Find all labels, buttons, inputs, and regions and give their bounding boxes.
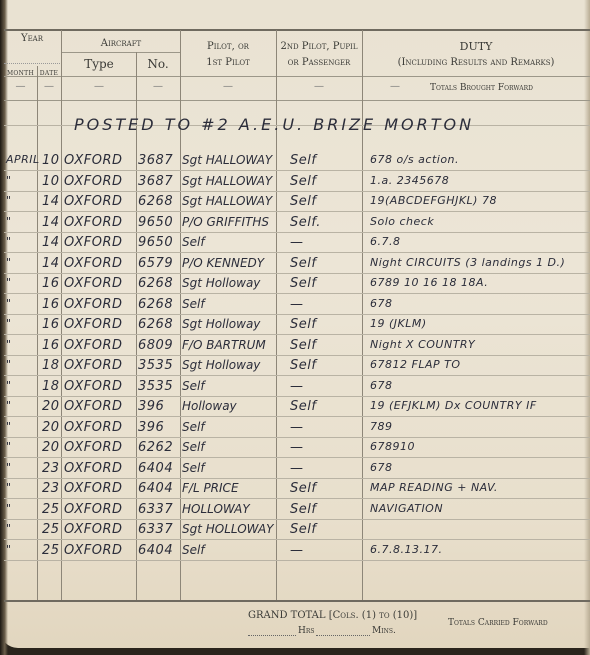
dash-duty: — bbox=[380, 80, 410, 94]
row-rule bbox=[4, 293, 590, 294]
entry-date: 20 bbox=[42, 440, 60, 455]
entry-pilot: Self bbox=[182, 440, 205, 454]
entry-aircraft-type: OXFORD bbox=[64, 317, 123, 332]
grand-total-label: GRAND TOTAL [Cols. (1) to (10)] bbox=[248, 610, 417, 621]
entry-aircraft-no: 396 bbox=[138, 420, 164, 435]
entry-duty: 6.7.8 bbox=[370, 235, 401, 248]
entry-duty: 19 (EFJKLM) Dx COUNTRY IF bbox=[370, 399, 537, 412]
entry-date: 18 bbox=[42, 379, 60, 394]
dash-date: — bbox=[37, 80, 61, 94]
header-date: DATE bbox=[37, 67, 61, 81]
entry-second-pilot: — bbox=[290, 235, 304, 250]
dash-type: — bbox=[62, 80, 136, 94]
entry-second-pilot: Self bbox=[290, 276, 316, 291]
entry-pilot: Self bbox=[182, 297, 205, 311]
entry-date: 20 bbox=[42, 420, 60, 435]
dash-second: — bbox=[276, 80, 362, 94]
row-rule bbox=[4, 519, 590, 520]
entry-aircraft-type: OXFORD bbox=[64, 338, 123, 353]
year-dotted-rule bbox=[4, 63, 62, 65]
entry-pilot: P/O GRIFFITHS bbox=[182, 215, 269, 229]
hrs-blank bbox=[248, 634, 296, 636]
entry-pilot: HOLLOWAY bbox=[182, 502, 250, 516]
col-type-no bbox=[136, 52, 137, 600]
entry-date: 14 bbox=[42, 256, 60, 271]
entry-month: " bbox=[6, 215, 12, 228]
entry-aircraft-no: 6579 bbox=[138, 256, 173, 271]
entry-second-pilot: — bbox=[290, 379, 304, 394]
entry-second-pilot: Self bbox=[290, 256, 316, 271]
dash-pilot: — bbox=[180, 80, 276, 94]
entry-pilot: Sgt Holloway bbox=[182, 317, 260, 331]
entry-duty: 678910 bbox=[370, 440, 415, 453]
entry-duty: 678 bbox=[370, 379, 393, 392]
entry-second-pilot: Self bbox=[290, 174, 316, 189]
mins-label: Mins. bbox=[372, 626, 396, 636]
entry-second-pilot: — bbox=[290, 297, 304, 312]
entry-pilot: Sgt HOLLOWAY bbox=[182, 522, 273, 536]
entry-aircraft-no: 6268 bbox=[138, 297, 173, 312]
entry-aircraft-type: OXFORD bbox=[64, 358, 123, 373]
entry-aircraft-no: 9650 bbox=[138, 215, 173, 230]
header-bottom-rule bbox=[4, 76, 590, 77]
entry-pilot: F/L PRICE bbox=[182, 481, 239, 495]
entry-aircraft-no: 396 bbox=[138, 399, 164, 414]
row-rule bbox=[4, 498, 590, 499]
entry-aircraft-no: 6262 bbox=[138, 440, 173, 455]
entry-month: " bbox=[6, 358, 12, 371]
row-rule bbox=[4, 273, 590, 274]
entry-date: 25 bbox=[42, 543, 60, 558]
col-date-type bbox=[61, 30, 62, 600]
entry-month: " bbox=[6, 522, 12, 535]
entry-duty: 67812 FLAP TO bbox=[370, 358, 460, 371]
entry-date: 14 bbox=[42, 235, 60, 250]
mins-blank bbox=[316, 634, 370, 636]
entry-aircraft-no: 3535 bbox=[138, 358, 173, 373]
entry-date: 25 bbox=[42, 502, 60, 517]
header-second-pilot-1: 2nd Pilot, Pupil bbox=[276, 40, 362, 54]
entry-month: " bbox=[6, 399, 12, 412]
entry-aircraft-type: OXFORD bbox=[64, 297, 123, 312]
entry-second-pilot: Self bbox=[290, 481, 316, 496]
entry-second-pilot: Self bbox=[290, 153, 316, 168]
entry-month: APRIL bbox=[6, 153, 40, 166]
entry-aircraft-type: OXFORD bbox=[64, 481, 123, 496]
entry-duty: 789 bbox=[370, 420, 393, 433]
hrs-label: Hrs bbox=[298, 626, 314, 636]
dash-no: — bbox=[136, 80, 180, 94]
row-rule bbox=[4, 539, 590, 540]
entry-duty: MAP READING + NAV. bbox=[370, 481, 498, 494]
row-rule bbox=[4, 396, 590, 397]
entry-date: 16 bbox=[42, 338, 60, 353]
entry-aircraft-type: OXFORD bbox=[64, 399, 123, 414]
entry-date: 16 bbox=[42, 317, 60, 332]
entry-duty: 1.a. 2345678 bbox=[370, 174, 449, 187]
entry-month: " bbox=[6, 481, 12, 494]
posting-note: POSTED TO #2 A.E.U. BRIZE MORTON bbox=[74, 115, 474, 134]
entry-aircraft-no: 6337 bbox=[138, 502, 173, 517]
entry-month: " bbox=[6, 317, 12, 330]
entry-aircraft-type: OXFORD bbox=[64, 194, 123, 209]
entry-date: 20 bbox=[42, 399, 60, 414]
entry-date: 23 bbox=[42, 461, 60, 476]
entry-month: " bbox=[6, 543, 12, 556]
entry-aircraft-type: OXFORD bbox=[64, 440, 123, 455]
entry-duty: 678 bbox=[370, 297, 393, 310]
entry-aircraft-no: 3687 bbox=[138, 174, 173, 189]
entry-aircraft-no: 6404 bbox=[138, 461, 173, 476]
entry-date: 10 bbox=[42, 174, 60, 189]
table-bottom-rule bbox=[4, 600, 590, 602]
entry-month: " bbox=[6, 276, 12, 289]
entry-second-pilot: — bbox=[290, 543, 304, 558]
entry-pilot: Holloway bbox=[182, 399, 237, 413]
entry-second-pilot: Self bbox=[290, 317, 316, 332]
entry-duty: 6.7.8.13.17. bbox=[370, 543, 442, 556]
row-rule bbox=[4, 375, 590, 376]
row-rule bbox=[4, 252, 590, 253]
entry-aircraft-no: 6404 bbox=[138, 481, 173, 496]
row-rule bbox=[4, 170, 590, 171]
header-duty-sub: (Including Results and Remarks) bbox=[362, 56, 590, 70]
entry-aircraft-type: OXFORD bbox=[64, 215, 123, 230]
entry-aircraft-type: OXFORD bbox=[64, 256, 123, 271]
entry-month: " bbox=[6, 420, 12, 433]
entry-duty: Solo check bbox=[370, 215, 434, 228]
entry-aircraft-type: OXFORD bbox=[64, 235, 123, 250]
entry-month: " bbox=[6, 461, 12, 474]
entry-aircraft-type: OXFORD bbox=[64, 174, 123, 189]
entry-second-pilot: Self bbox=[290, 338, 316, 353]
header-no: No. bbox=[136, 57, 180, 71]
entry-second-pilot: — bbox=[290, 440, 304, 455]
header-pilot-1: Pilot, or bbox=[180, 40, 276, 54]
entry-pilot: Sgt Holloway bbox=[182, 276, 260, 290]
row-rule bbox=[4, 478, 590, 479]
logbook-page: Year MONTH DATE Aircraft Type No. Pilot,… bbox=[0, 0, 590, 648]
entry-aircraft-type: OXFORD bbox=[64, 461, 123, 476]
header-month: MONTH bbox=[4, 67, 37, 81]
entry-aircraft-no: 9650 bbox=[138, 235, 173, 250]
entry-aircraft-no: 6268 bbox=[138, 317, 173, 332]
entry-aircraft-type: OXFORD bbox=[64, 502, 123, 517]
entry-pilot: Self bbox=[182, 461, 205, 475]
totals-carried-forward: Totals Carried Forward bbox=[448, 618, 548, 628]
entry-pilot: F/O BARTRUM bbox=[182, 338, 266, 352]
entry-duty: 6789 10 16 18 18A. bbox=[370, 276, 488, 289]
aircraft-subrule bbox=[62, 52, 180, 53]
row-rule bbox=[4, 334, 590, 335]
entry-aircraft-type: OXFORD bbox=[64, 276, 123, 291]
entry-pilot: Self bbox=[182, 235, 205, 249]
entry-date: 10 bbox=[42, 153, 60, 168]
entry-aircraft-type: OXFORD bbox=[64, 379, 123, 394]
entry-date: 14 bbox=[42, 215, 60, 230]
entry-aircraft-no: 3687 bbox=[138, 153, 173, 168]
dash-month: — bbox=[4, 80, 37, 94]
entry-duty: NAVIGATION bbox=[370, 502, 443, 515]
header-second-pilot-2: or Passenger bbox=[276, 56, 362, 70]
entry-month: " bbox=[6, 338, 12, 351]
header-duty: DUTY bbox=[362, 40, 590, 54]
row-rule bbox=[4, 314, 590, 315]
entry-month: " bbox=[6, 194, 12, 207]
entry-date: 25 bbox=[42, 522, 60, 537]
entry-aircraft-type: OXFORD bbox=[64, 420, 123, 435]
header-pilot-2: 1st Pilot bbox=[180, 56, 276, 70]
entry-aircraft-no: 6337 bbox=[138, 522, 173, 537]
entry-duty: 19(ABCDEFGHJKL) 78 bbox=[370, 194, 497, 207]
page-right-edge bbox=[584, 0, 590, 655]
entry-pilot: Sgt HALLOWAY bbox=[182, 194, 272, 208]
row-rule bbox=[4, 560, 590, 561]
entry-second-pilot: Self. bbox=[290, 215, 321, 230]
row-rule bbox=[4, 211, 590, 212]
entry-date: 16 bbox=[42, 297, 60, 312]
entry-duty: 678 bbox=[370, 461, 393, 474]
entry-pilot: Sgt HALLOWAY bbox=[182, 174, 272, 188]
entry-pilot: Self bbox=[182, 379, 205, 393]
entry-date: 14 bbox=[42, 194, 60, 209]
entry-second-pilot: Self bbox=[290, 522, 316, 537]
entry-pilot: Sgt Holloway bbox=[182, 358, 260, 372]
entry-date: 16 bbox=[42, 276, 60, 291]
entry-month: " bbox=[6, 174, 12, 187]
header-top-rule bbox=[4, 29, 590, 31]
entry-month: " bbox=[6, 502, 12, 515]
entry-aircraft-type: OXFORD bbox=[64, 543, 123, 558]
row-rule bbox=[4, 416, 590, 417]
totals-rule bbox=[4, 100, 590, 101]
entry-second-pilot: — bbox=[290, 420, 304, 435]
row-rule bbox=[4, 437, 590, 438]
entry-second-pilot: Self bbox=[290, 358, 316, 373]
row-rule bbox=[4, 355, 590, 356]
entry-second-pilot: Self bbox=[290, 502, 316, 517]
entry-aircraft-no: 3535 bbox=[138, 379, 173, 394]
row-rule bbox=[4, 457, 590, 458]
entry-second-pilot: Self bbox=[290, 399, 316, 414]
entry-second-pilot: Self bbox=[290, 194, 316, 209]
entry-month: " bbox=[6, 235, 12, 248]
entry-pilot: P/O KENNEDY bbox=[182, 256, 264, 270]
entry-date: 23 bbox=[42, 481, 60, 496]
entry-duty: Night CIRCUITS (3 landings 1 D.) bbox=[370, 256, 565, 269]
entry-pilot: Self bbox=[182, 420, 205, 434]
entry-date: 18 bbox=[42, 358, 60, 373]
entry-pilot: Sgt HALLOWAY bbox=[182, 153, 272, 167]
entry-duty: 19 (JKLM) bbox=[370, 317, 427, 330]
entry-duty: 678 o/s action. bbox=[370, 153, 459, 166]
entry-aircraft-type: OXFORD bbox=[64, 153, 123, 168]
entry-aircraft-no: 6268 bbox=[138, 194, 173, 209]
entry-month: " bbox=[6, 379, 12, 392]
entry-aircraft-type: OXFORD bbox=[64, 522, 123, 537]
entry-second-pilot: — bbox=[290, 461, 304, 476]
entry-aircraft-no: 6268 bbox=[138, 276, 173, 291]
entry-pilot: Self bbox=[182, 543, 205, 557]
row-rule bbox=[4, 191, 590, 192]
header-type: Type bbox=[62, 57, 136, 71]
entry-duty: Night X COUNTRY bbox=[370, 338, 475, 351]
header-aircraft: Aircraft bbox=[62, 37, 180, 51]
entry-aircraft-no: 6404 bbox=[138, 543, 173, 558]
entry-aircraft-no: 6809 bbox=[138, 338, 173, 353]
entry-month: " bbox=[6, 297, 12, 310]
header-year: Year bbox=[4, 32, 60, 46]
entry-month: " bbox=[6, 256, 12, 269]
row-rule bbox=[4, 232, 590, 233]
totals-brought-forward: Totals Brought Forward bbox=[430, 81, 580, 95]
entry-month: " bbox=[6, 440, 12, 453]
